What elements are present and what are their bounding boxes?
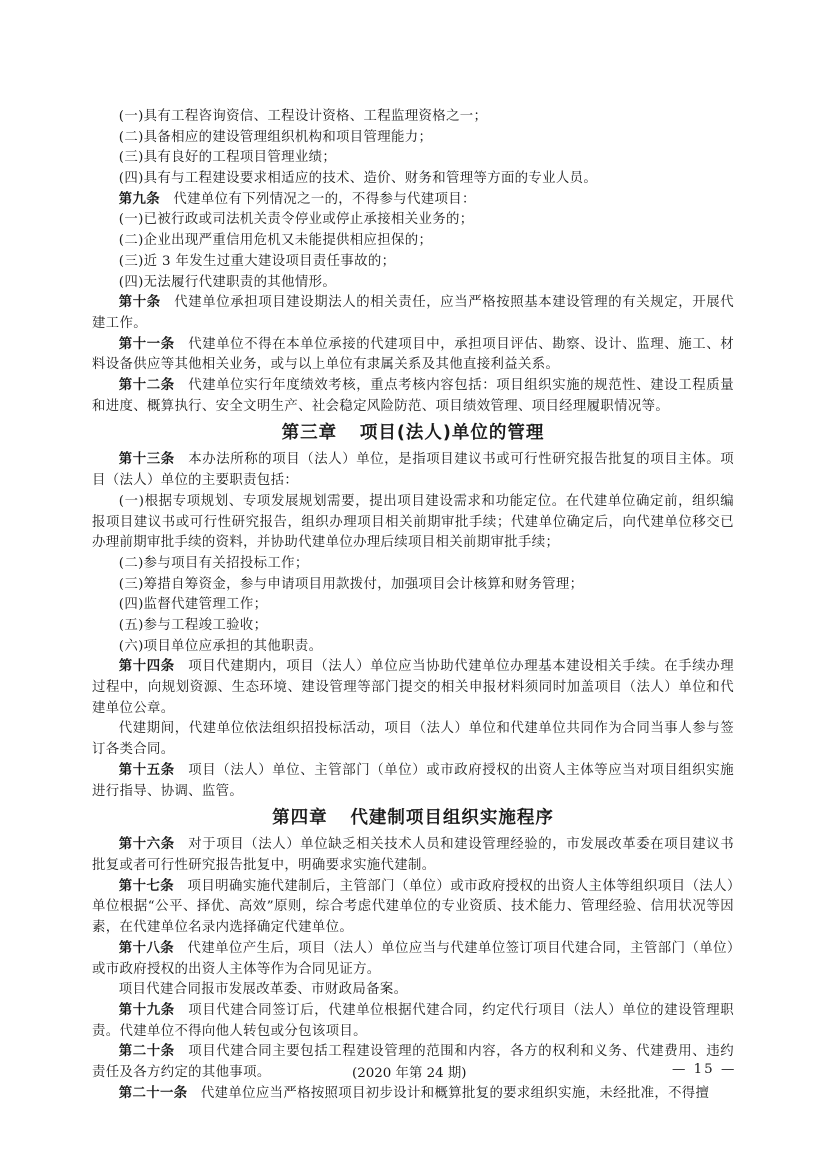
article-label: 第十七条 xyxy=(119,879,174,894)
article-text: 项目代建期内，项目（法人）单位应当协助代建单位办理基本建设相关手续。在手续办理过… xyxy=(92,659,734,715)
article-text: 项目明确实施代建制后，主管部门（单位）或市政府授权的出资人主体等组织项目（法人）… xyxy=(92,879,734,935)
list-item: (四)无法履行代建职责的其他情形。 xyxy=(92,273,734,294)
issue-label: (2020 年第 24 期) xyxy=(352,1062,467,1081)
article-text: 代建单位实行年度绩效考核，重点考核内容包括：项目组织实施的规范性、建设工程质量和… xyxy=(92,378,734,414)
article-text: 代建单位承担项目建设期法人的相关责任，应当严格按照基本建设管理的有关规定，开展代… xyxy=(92,295,734,331)
article-label: 第十五条 xyxy=(119,763,175,778)
article-text: 本办法所称的项目（法人）单位，是指项目建议书或可行性研究报告批复的项目主体。项目… xyxy=(92,452,734,488)
paragraph: 项目代建合同报市发展改革委、市财政局备案。 xyxy=(92,980,734,1001)
article-label: 第十四条 xyxy=(119,659,175,674)
article-17: 第十七条项目明确实施代建制后，主管部门（单位）或市政府授权的出资人主体等组织项目… xyxy=(92,877,734,939)
article-label: 第十一条 xyxy=(119,337,175,352)
chapter-number: 第四章 xyxy=(272,808,328,828)
article-9: 第九条代建单位有下列情况之一的，不得参与代建项目： xyxy=(92,190,734,211)
article-text: 代建单位应当严格按照项目初步设计和概算批复的要求组织实施，未经批准，不得擅 xyxy=(201,1086,709,1101)
article-label: 第十八条 xyxy=(119,941,174,956)
article-10: 第十条代建单位承担项目建设期法人的相关责任，应当严格按照基本建设管理的有关规定，… xyxy=(92,293,734,334)
list-item: (五)参与工程竣工验收； xyxy=(92,616,734,637)
list-item: (二)具备相应的建设管理组织机构和项目管理能力； xyxy=(92,128,734,149)
article-label: 第二十条 xyxy=(119,1044,175,1059)
article-text: 代建单位不得在本单位承接的代建项目中，承担项目评估、勘察、设计、监理、施工、材料… xyxy=(92,337,734,373)
list-item: (三)具有良好的工程项目管理业绩； xyxy=(92,148,734,169)
list-item: (一)已被行政或司法机关责令停业或停止承接相关业务的； xyxy=(92,210,734,231)
list-item: (一)具有工程咨询资信、工程设计资格、工程监理资格之一； xyxy=(92,107,734,128)
article-label: 第十六条 xyxy=(119,837,175,852)
article-13: 第十三条本办法所称的项目（法人）单位，是指项目建议书或可行性研究报告批复的项目主… xyxy=(92,450,734,491)
paragraph: 代建期间，代建单位依法组织招投标活动，项目（法人）单位和代建单位共同作为合同当事… xyxy=(92,719,734,760)
list-item: (六)项目单位应承担的其他职责。 xyxy=(92,637,734,658)
article-label: 第二十一条 xyxy=(119,1086,188,1101)
article-18: 第十八条代建单位产生后，项目（法人）单位应当与代建单位签订项目代建合同，主管部门… xyxy=(92,939,734,980)
article-19: 第十九条项目代建合同签订后，代建单位根据代建合同，约定代行项目（法人）单位的建设… xyxy=(92,1001,734,1042)
article-11: 第十一条代建单位不得在本单位承接的代建项目中，承担项目评估、勘察、设计、监理、施… xyxy=(92,335,734,376)
article-15: 第十五条项目（法人）单位、主管部门（单位）或市政府授权的出资人主体等应当对项目组… xyxy=(92,761,734,802)
chapter-title: 项目(法人)单位的管理 xyxy=(360,423,545,443)
chapter-heading-3: 第三章项目(法人)单位的管理 xyxy=(92,417,734,450)
chapter-title: 代建制项目组织实施程序 xyxy=(350,808,554,828)
article-text: 对于项目（法人）单位缺乏相关技术人员和建设管理经验的，市发展改革委在项目建议书批… xyxy=(92,837,734,873)
article-text: 代建单位产生后，项目（法人）单位应当与代建单位签订项目代建合同，主管部门（单位）… xyxy=(92,941,734,977)
article-12: 第十二条代建单位实行年度绩效考核，重点考核内容包括：项目组织实施的规范性、建设工… xyxy=(92,376,734,417)
page-number: — 15 — xyxy=(672,1062,736,1077)
article-label: 第九条 xyxy=(119,192,160,207)
article-text: 项目代建合同签订后，代建单位根据代建合同，约定代行项目（法人）单位的建设管理职责… xyxy=(92,1003,734,1039)
article-label: 第十九条 xyxy=(119,1003,175,1018)
article-14: 第十四条项目代建期内，项目（法人）单位应当协助代建单位办理基本建设相关手续。在手… xyxy=(92,657,734,719)
article-text: 代建单位有下列情况之一的，不得参与代建项目： xyxy=(173,192,475,207)
article-label: 第十条 xyxy=(119,295,161,310)
list-item: (一)根据专项规划、专项发展规划需要，提出项目建设需求和功能定位。在代建单位确定… xyxy=(92,492,734,554)
article-label: 第十二条 xyxy=(119,378,175,393)
list-item: (四)监督代建管理工作； xyxy=(92,595,734,616)
list-item: (三)筹措自筹资金，参与申请项目用款拨付，加强项目会计核算和财务管理； xyxy=(92,575,734,596)
article-text: 项目（法人）单位、主管部门（单位）或市政府授权的出资人主体等应当对项目组织实施进… xyxy=(92,763,734,799)
chapter-heading-4: 第四章代建制项目组织实施程序 xyxy=(92,802,734,835)
list-item: (二)参与项目有关招投标工作； xyxy=(92,554,734,575)
list-item: (二)企业出现严重信用危机又未能提供相应担保的； xyxy=(92,231,734,252)
article-label: 第十三条 xyxy=(119,452,175,467)
article-16: 第十六条对于项目（法人）单位缺乏相关技术人员和建设管理经验的，市发展改革委在项目… xyxy=(92,835,734,876)
article-21: 第二十一条代建单位应当严格按照项目初步设计和概算批复的要求组织实施，未经批准，不… xyxy=(92,1084,734,1105)
list-item: (三)近 3 年发生过重大建设项目责任事故的； xyxy=(92,252,734,273)
list-item: (四)具有与工程建设要求相适应的技术、造价、财务和管理等方面的专业人员。 xyxy=(92,169,734,190)
chapter-number: 第三章 xyxy=(282,423,338,443)
document-page: (一)具有工程咨询资信、工程设计资格、工程监理资格之一； (二)具备相应的建设管… xyxy=(92,107,734,1104)
